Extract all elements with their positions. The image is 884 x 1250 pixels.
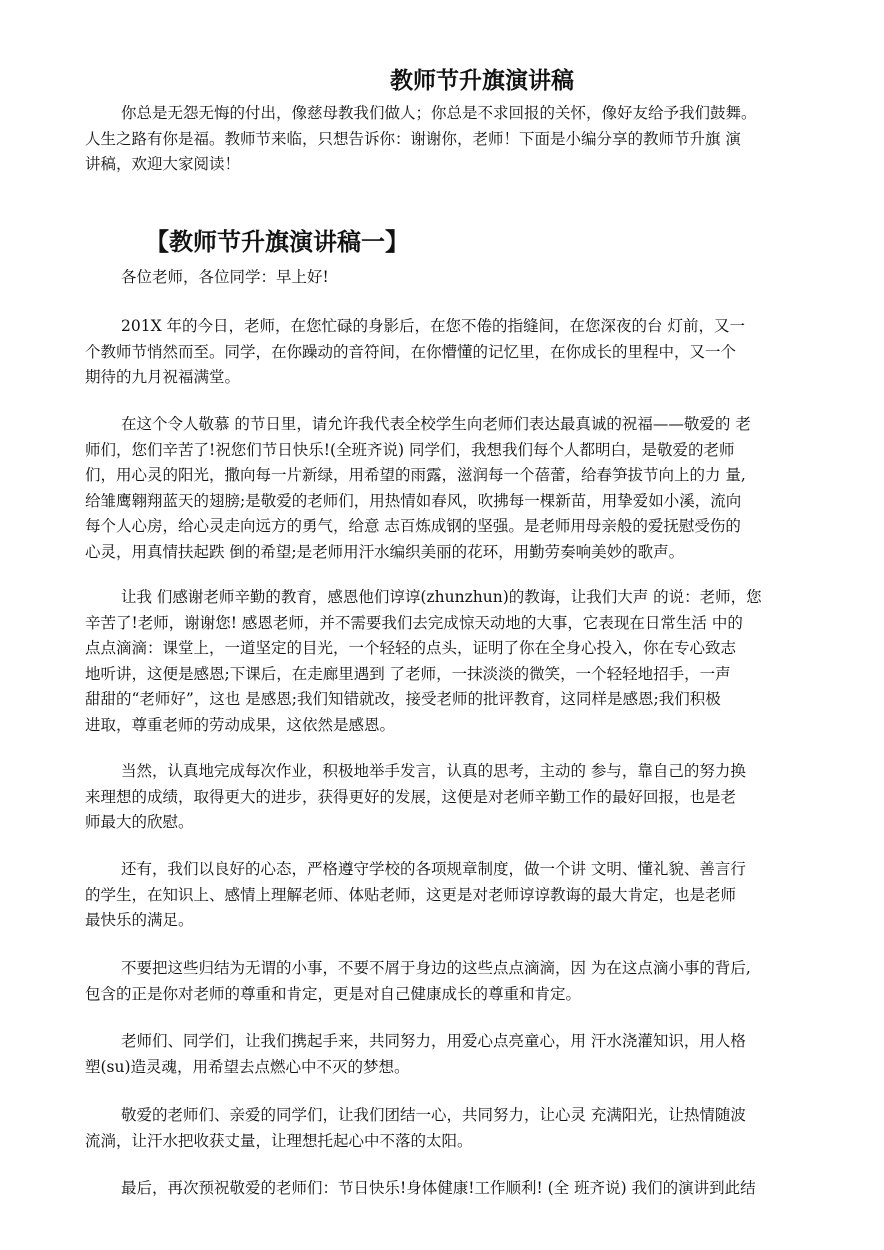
text-line: 期待的九月祝福满堂。 — [85, 365, 845, 391]
text-line: 人生之路有你是福。教师节来临，只想告诉你：谢谢你，老师！下面是小编分享的教师节升… — [85, 127, 845, 153]
text-line: 们，用心灵的阳光，撒向每一片新绿，用希望的雨露，滋润每一个蓓蕾，给春笋拔节向上的… — [85, 463, 845, 489]
text-line: 心灵，用真情扶起跌 倒的希望;是老师用汗水编织美丽的花环，用勤劳奏响美妙的歌声。 — [85, 540, 845, 566]
text-line: 的学生，在知识上、感情上理解老师、体贴老师，这更是对老师谆谆教诲的最大肯定，也是… — [85, 883, 845, 909]
text-line: 敬爱的老师们、亲爱的同学们，让我们团结一心，共同努力，让心灵 充满阳光，让热情随… — [85, 1103, 845, 1129]
text-line: 师们，您们辛苦了!祝您们节日快乐!(全班齐说) 同学们，我想我们每个人都明白，是… — [85, 438, 845, 464]
text-line: 包含的正是你对老师的尊重和肯定，更是对自己健康成长的尊重和肯定。 — [85, 982, 845, 1008]
text-line: 给雏鹰翱翔蓝天的翅膀;是敬爱的老师们，用热情如春风，吹拂每一棵新苗，用挚爱如小溪… — [85, 489, 845, 515]
text-line: 不要把这些归结为无谓的小事，不要不屑于身边的这些点点滴滴，因 为在这点滴小事的背… — [85, 956, 845, 982]
paragraph-2: 201X 年的今日，老师，在您忙碌的身影后，在您不倦的指缝间，在您深夜的台 灯前… — [85, 314, 845, 391]
paragraph-9: 敬爱的老师们、亲爱的同学们，让我们团结一心，共同努力，让心灵 充满阳光，让热情随… — [85, 1103, 845, 1154]
text-line: 讲稿，欢迎大家阅读！ — [85, 152, 845, 178]
text-line: 流淌，让汗水把收获丈量，让理想托起心中不落的太阳。 — [85, 1129, 845, 1155]
text-line: 每个人心房，给心灵走向远方的勇气，给意 志百炼成钢的坚强。是老师用母亲般的爱抚慰… — [85, 514, 845, 540]
text-line: 地听讲，这便是感恩;下课后，在走廊里遇到 了老师，一抹淡淡的微笑，一个轻轻地招手… — [85, 662, 845, 688]
text-line: 最快乐的满足。 — [85, 908, 845, 934]
text-line: 个教师节悄然而至。同学，在你躁动的音符间，在你懵懂的记忆里，在你成长的里程中，又… — [85, 340, 845, 366]
paragraph-8: 老师们、同学们，让我们携起手来，共同努力，用爱心点亮童心，用 汗水浇灌知识，用人… — [85, 1029, 845, 1080]
intro-paragraph: 你总是无怨无悔的付出，像慈母教我们做人；你总是不求回报的关怀，像好友给予我们鼓舞… — [85, 101, 845, 178]
text-line: 甜甜的“老师好”，这也 是感恩;我们知错就改，接受老师的批评教育，这同样是感恩;… — [85, 687, 845, 713]
text-line: 你总是无怨无悔的付出，像慈母教我们做人；你总是不求回报的关怀，像好友给予我们鼓舞… — [85, 101, 845, 127]
text-line: 还有，我们以良好的心态，严格遵守学校的各项规章制度，做一个讲 文明、懂礼貌、善言… — [85, 857, 845, 883]
text-line: 辛苦了!老师，谢谢您! 感恩老师，并不需要我们去完成惊天动地的大事，它表现在日常… — [85, 611, 845, 637]
text-line: 师最大的欣慰。 — [85, 810, 845, 836]
document-page: 教师节升旗演讲稿 你总是无怨无悔的付出，像慈母教我们做人；你总是不求回报的关怀，… — [0, 0, 884, 1250]
text-line: 201X 年的今日，老师，在您忙碌的身影后，在您不倦的指缝间，在您深夜的台 灯前… — [85, 314, 845, 340]
text-line: 进取，尊重老师的劳动成果，这依然是感恩。 — [85, 713, 845, 739]
paragraph-3: 在这个令人敬慕 的节日里，请允许我代表全校学生向老师们表达最真诚的祝福——敬爱的… — [85, 412, 845, 565]
text-line: 当然，认真地完成每次作业，积极地举手发言，认真的思考，主动的 参与，靠自己的努力… — [85, 759, 845, 785]
text-line: 老师们、同学们，让我们携起手来，共同努力，用爱心点亮童心，用 汗水浇灌知识，用人… — [85, 1029, 845, 1055]
paragraph-greeting: 各位老师，各位同学：早上好! — [85, 265, 845, 291]
text-line: 各位老师，各位同学：早上好! — [85, 265, 845, 291]
text-line: 在这个令人敬慕 的节日里，请允许我代表全校学生向老师们表达最真诚的祝福——敬爱的… — [85, 412, 845, 438]
document-title: 教师节升旗演讲稿 — [40, 62, 884, 95]
text-line: 最后，再次预祝敬爱的老师们：节日快乐!身体健康!工作顺利! (全 班齐说) 我们… — [85, 1176, 845, 1202]
text-line: 来理想的成绩，取得更大的进步，获得更好的发展，这便是对老师辛勤工作的最好回报，也… — [85, 785, 845, 811]
paragraph-5: 当然，认真地完成每次作业，积极地举手发言，认真的思考，主动的 参与，靠自己的努力… — [85, 759, 845, 836]
text-line: 点点滴滴：课堂上，一道坚定的目光，一个轻轻的点头，证明了你在全身心投入，你在专心… — [85, 636, 845, 662]
paragraph-4: 让我 们感谢老师辛勤的教育，感恩他们谆谆(zhunzhun)的教诲，让我们大声 … — [85, 585, 845, 738]
text-line: 让我 们感谢老师辛勤的教育，感恩他们谆谆(zhunzhun)的教诲，让我们大声 … — [85, 585, 845, 611]
paragraph-6: 还有，我们以良好的心态，严格遵守学校的各项规章制度，做一个讲 文明、懂礼貌、善言… — [85, 857, 845, 934]
section-title: 【教师节升旗演讲稿一】 — [145, 222, 409, 257]
text-line: 塑(su)造灵魂，用希望去点燃心中不灭的梦想。 — [85, 1055, 845, 1081]
paragraph-10: 最后，再次预祝敬爱的老师们：节日快乐!身体健康!工作顺利! (全 班齐说) 我们… — [85, 1176, 845, 1202]
paragraph-7: 不要把这些归结为无谓的小事，不要不屑于身边的这些点点滴滴，因 为在这点滴小事的背… — [85, 956, 845, 1007]
